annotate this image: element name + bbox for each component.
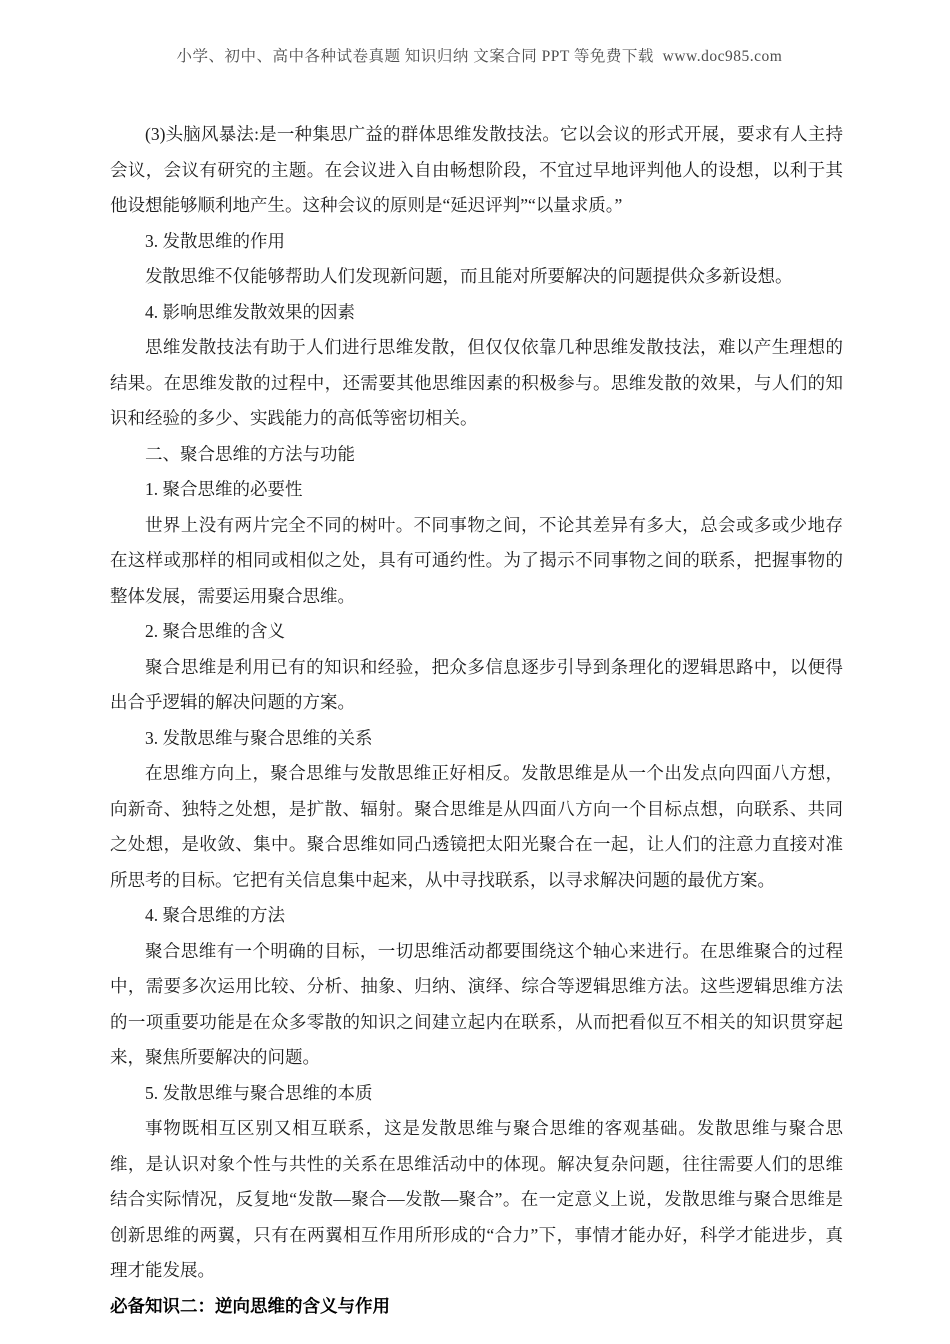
paragraph-divergent-factors: 思维发散技法有助于人们进行思维发散，但仅仅依靠几种思维发散技法，难以产生理想的结… bbox=[110, 330, 843, 437]
heading-essence: 5. 发散思维与聚合思维的本质 bbox=[110, 1076, 843, 1112]
paragraph-divergent-convergent-relation: 在思维方向上，聚合思维与发散思维正好相反。发散思维是从一个出发点向四面八方想，向… bbox=[110, 756, 843, 898]
heading-divergent-convergent-relation: 3. 发散思维与聚合思维的关系 bbox=[110, 721, 843, 757]
paragraph-essence: 事物既相互区别又相互联系，这是发散思维与聚合思维的客观基础。发散思维与聚合思维，… bbox=[110, 1111, 843, 1289]
heading-divergent-role: 3. 发散思维的作用 bbox=[110, 224, 843, 260]
paragraph-convergent-meaning: 聚合思维是利用已有的知识和经验，把众多信息逐步引导到条理化的逻辑思路中，以便得出… bbox=[110, 650, 843, 721]
heading-convergent-meaning: 2. 聚合思维的含义 bbox=[110, 614, 843, 650]
heading-convergent-method: 4. 聚合思维的方法 bbox=[110, 898, 843, 934]
page-header: 小学、初中、高中各种试卷真题 知识归纳 文案合同 PPT 等免费下载 www.d… bbox=[0, 0, 950, 67]
heading-convergent-necessity: 1. 聚合思维的必要性 bbox=[110, 472, 843, 508]
header-site-info: 小学、初中、高中各种试卷真题 知识归纳 文案合同 PPT 等免费下载 www.d… bbox=[176, 48, 782, 65]
paragraph-convergent-method: 聚合思维有一个明确的目标，一切思维活动都要围绕这个轴心来进行。在思维聚合的过程中… bbox=[110, 934, 843, 1076]
heading-divergent-factors: 4. 影响思维发散效果的因素 bbox=[110, 295, 843, 331]
paragraph-divergent-role: 发散思维不仅能够帮助人们发现新问题，而且能对所要解决的问题提供众多新设想。 bbox=[110, 259, 843, 295]
paragraph-convergent-necessity: 世界上没有两片完全不同的树叶。不同事物之间，不论其差异有多大，总会或多或少地存在… bbox=[110, 508, 843, 615]
heading-knowledge-point-2: 必备知识二：逆向思维的含义与作用 bbox=[110, 1289, 843, 1325]
paragraph-brainstorming: (3)头脑风暴法:是一种集思广益的群体思维发散技法。它以会议的形式开展，要求有人… bbox=[110, 117, 843, 224]
heading-convergent-section: 二、聚合思维的方法与功能 bbox=[110, 437, 843, 473]
document-body: (3)头脑风暴法:是一种集思广益的群体思维发散技法。它以会议的形式开展，要求有人… bbox=[110, 117, 843, 1324]
